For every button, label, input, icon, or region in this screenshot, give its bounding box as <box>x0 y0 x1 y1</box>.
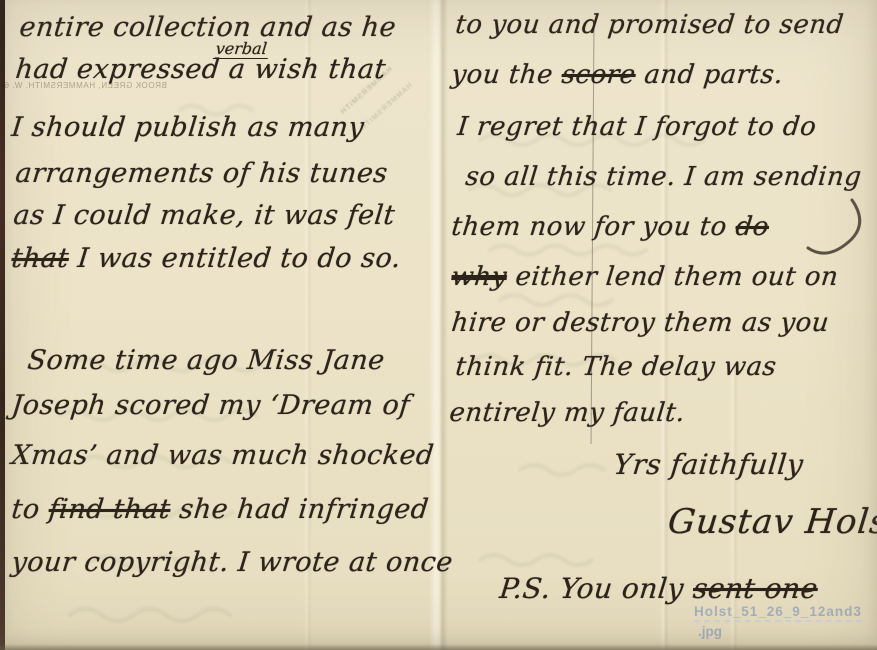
handwriting-line: Gustav Holst <box>666 502 877 542</box>
handwriting-segment: Joseph scored my ‘Dream of <box>10 390 412 421</box>
handwriting-segment: I regret that I forgot to do <box>456 112 818 142</box>
scan-edge-strip <box>0 0 5 650</box>
handwriting-line: Xmas’ and was much shocked <box>10 440 436 471</box>
handwriting-segment: think fit. The delay was <box>454 352 778 382</box>
handwriting-segment: I should publish as many <box>10 112 366 143</box>
handwriting-segment: entire collection and as he <box>18 12 398 43</box>
handwriting-line: them now for you to do <box>450 212 771 242</box>
handwriting-line: arrangements of his tunes <box>14 158 389 189</box>
handwriting-segment: to <box>10 494 50 525</box>
handwriting-line: I regret that I forgot to do <box>456 112 818 142</box>
letter-scan: BROOK GREEN, HAMMERSMITH. W. 6 HAMMERSMI… <box>0 0 877 650</box>
struck-word: that <box>10 243 70 274</box>
struck-word: sent one <box>691 572 819 605</box>
handwriting-segment: arrangements of his tunes <box>14 158 389 189</box>
struck-word: find that <box>47 494 172 525</box>
handwriting-line: why either lend them out on <box>450 262 840 292</box>
handwriting-segment: she had infringed <box>169 494 431 525</box>
handwriting-line: think fit. The delay was <box>454 352 778 382</box>
handwriting-line: Yrs faithfully <box>612 448 805 481</box>
handwriting-segment: Some time ago Miss Jane <box>26 345 386 376</box>
handwriting-line: Some time ago Miss Jane <box>26 345 386 376</box>
handwriting-segment: P.S. You only <box>498 572 695 605</box>
handwriting-segment: hire or destroy them as you <box>450 308 831 338</box>
handwriting-segment: as I could make, it was felt <box>12 200 397 231</box>
handwriting-line: Joseph scored my ‘Dream of <box>10 390 412 421</box>
handwriting-line: I should publish as many <box>10 112 366 143</box>
filename-watermark: Holst_51_26_9_12and3 <box>694 604 862 622</box>
handwriting-segment: Yrs faithfully <box>612 448 805 481</box>
handwriting-segment: you the <box>450 60 563 90</box>
handwriting-segment: entirely my fault. <box>448 398 687 428</box>
handwriting-segment: and parts. <box>634 60 785 90</box>
handwriting-line: had expressed a wish thatverbal <box>14 54 387 85</box>
handwriting-segment: had expressed a wish that <box>14 54 387 85</box>
handwriting-segment: your copyright. I wrote at once <box>10 547 455 578</box>
handwriting-segment: either lend them out on <box>505 262 840 292</box>
handwriting-line: you the score and parts. <box>450 60 785 90</box>
handwriting-line: to you and promised to send <box>454 10 845 40</box>
handwriting-segment: them now for you to <box>450 212 737 242</box>
struck-word: score <box>560 60 637 90</box>
handwriting-line: entirely my fault. <box>448 398 687 428</box>
struck-word: do <box>734 212 770 242</box>
page-left: entire collection and as hehad expressed… <box>10 0 435 650</box>
inserted-word-above-line: verbal <box>213 39 270 59</box>
handwriting-line: your copyright. I wrote at once <box>10 547 455 578</box>
page-right: to you and promised to sendyou the score… <box>448 0 877 650</box>
handwriting-segment: Xmas’ and was much shocked <box>10 440 436 471</box>
filename-watermark-extension: .jpg <box>698 624 722 639</box>
handwriting-segment: to you and promised to send <box>454 10 845 40</box>
handwriting-line: as I could make, it was felt <box>12 200 397 231</box>
handwriting-line: so all this time. I am sending <box>464 162 863 192</box>
handwriting-line: P.S. You only sent one <box>498 572 820 605</box>
handwriting-line: that I was entitled to do so. <box>10 243 403 274</box>
handwriting-line: hire or destroy them as you <box>450 308 831 338</box>
scribbled-word: why <box>450 262 508 292</box>
handwriting-segment: so all this time. I am sending <box>464 162 863 192</box>
handwriting-segment: I was entitled to do so. <box>67 243 402 274</box>
handwriting-line: to find that she had infringed <box>10 494 430 525</box>
handwriting-segment: Gustav Holst <box>666 502 877 542</box>
handwriting-line: entire collection and as he <box>18 12 398 43</box>
